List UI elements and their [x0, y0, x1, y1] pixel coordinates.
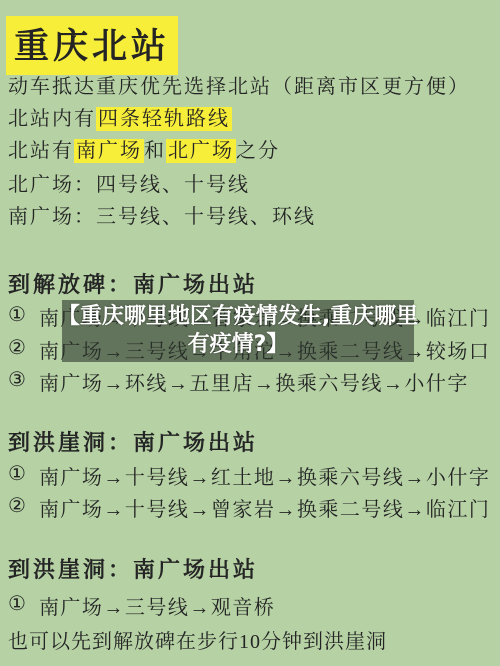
north-plaza-text: 北广场：四号线、十号线: [8, 174, 250, 196]
item-number: ①: [8, 302, 26, 327]
section-hongyadong-heading-text: 到洪崖洞：南广场出站: [8, 430, 258, 455]
intro-line-2-highlight: 四条轻轨路线: [96, 107, 232, 131]
route-text: 南广场→十号线→曾家岩→换乘二号线→临江门: [39, 493, 491, 522]
route-text: 南广场→环线→五里店→换乘六号线→小什字: [39, 367, 469, 396]
section-hongyadong-heading: 到洪崖洞：南广场出站: [8, 426, 258, 457]
route-item: ① 南广场→十号线→红土地→换乘六号线→小什字: [8, 461, 490, 490]
route-item: ③ 南广场→环线→五里店→换乘六号线→小什字: [8, 367, 469, 396]
north-plaza-line: 北广场：四号线、十号线: [8, 168, 250, 197]
item-number: ①: [8, 591, 26, 616]
section-hongyadong-2-heading-text: 到洪崖洞：南广场出站: [8, 557, 258, 582]
page-title: 重庆北站: [14, 27, 170, 66]
item-number: ③: [8, 367, 26, 392]
infographic-canvas: 重庆北站 动车抵达重庆优先选择北站（距离市区更方便） 北站内有四条轻轨路线 北站…: [0, 0, 500, 666]
route-text: 南广场→三号线→观音桥: [39, 591, 276, 620]
intro-line-3-suffix: 之分: [236, 140, 280, 162]
intro-line-3-highlight-south: 南广场: [74, 139, 144, 163]
intro-line-3: 北站有南广场和北广场之分: [8, 134, 280, 163]
route-item: ① 南广场→三号线→观音桥: [8, 591, 275, 620]
walking-note-text: 也可以先到解放碑在步行10分钟到洪崖洞: [8, 631, 387, 653]
intro-line-2-prefix: 北站内有: [8, 108, 96, 130]
section-jiefangbei-heading: 到解放碑：南广场出站: [8, 268, 258, 299]
section-jiefangbei-heading-text: 到解放碑：南广场出站: [8, 272, 258, 297]
item-number: ②: [8, 335, 26, 360]
intro-line-1: 动车抵达重庆优先选择北站（距离市区更方便）: [8, 70, 470, 99]
south-plaza-text: 南广场：三号线、十号线、环线: [8, 206, 316, 228]
intro-line-3-middle: 和: [144, 140, 166, 162]
south-plaza-line: 南广场：三号线、十号线、环线: [8, 200, 316, 229]
watermark-line-1: 【重庆哪里地区有疫情发生,重庆哪里: [58, 303, 418, 331]
watermark-overlay: 【重庆哪里地区有疫情发生,重庆哪里 有疫情?】: [62, 300, 414, 362]
item-number: ①: [8, 461, 26, 486]
item-number: ②: [8, 493, 26, 518]
route-text: 南广场→十号线→红土地→换乘六号线→小什字: [39, 461, 491, 490]
title-highlight-box: 重庆北站: [6, 16, 178, 75]
intro-line-1-text: 动车抵达重庆优先选择北站（距离市区更方便）: [8, 76, 470, 98]
watermark-line-2: 有疫情?】: [188, 331, 289, 359]
route-item: ② 南广场→十号线→曾家岩→换乘二号线→临江门: [8, 493, 490, 522]
walking-note: 也可以先到解放碑在步行10分钟到洪崖洞: [8, 625, 387, 654]
intro-line-3-highlight-north: 北广场: [166, 139, 236, 163]
intro-line-3-prefix: 北站有: [8, 140, 74, 162]
intro-line-2: 北站内有四条轻轨路线: [8, 102, 232, 131]
section-hongyadong-2-heading: 到洪崖洞：南广场出站: [8, 553, 258, 584]
